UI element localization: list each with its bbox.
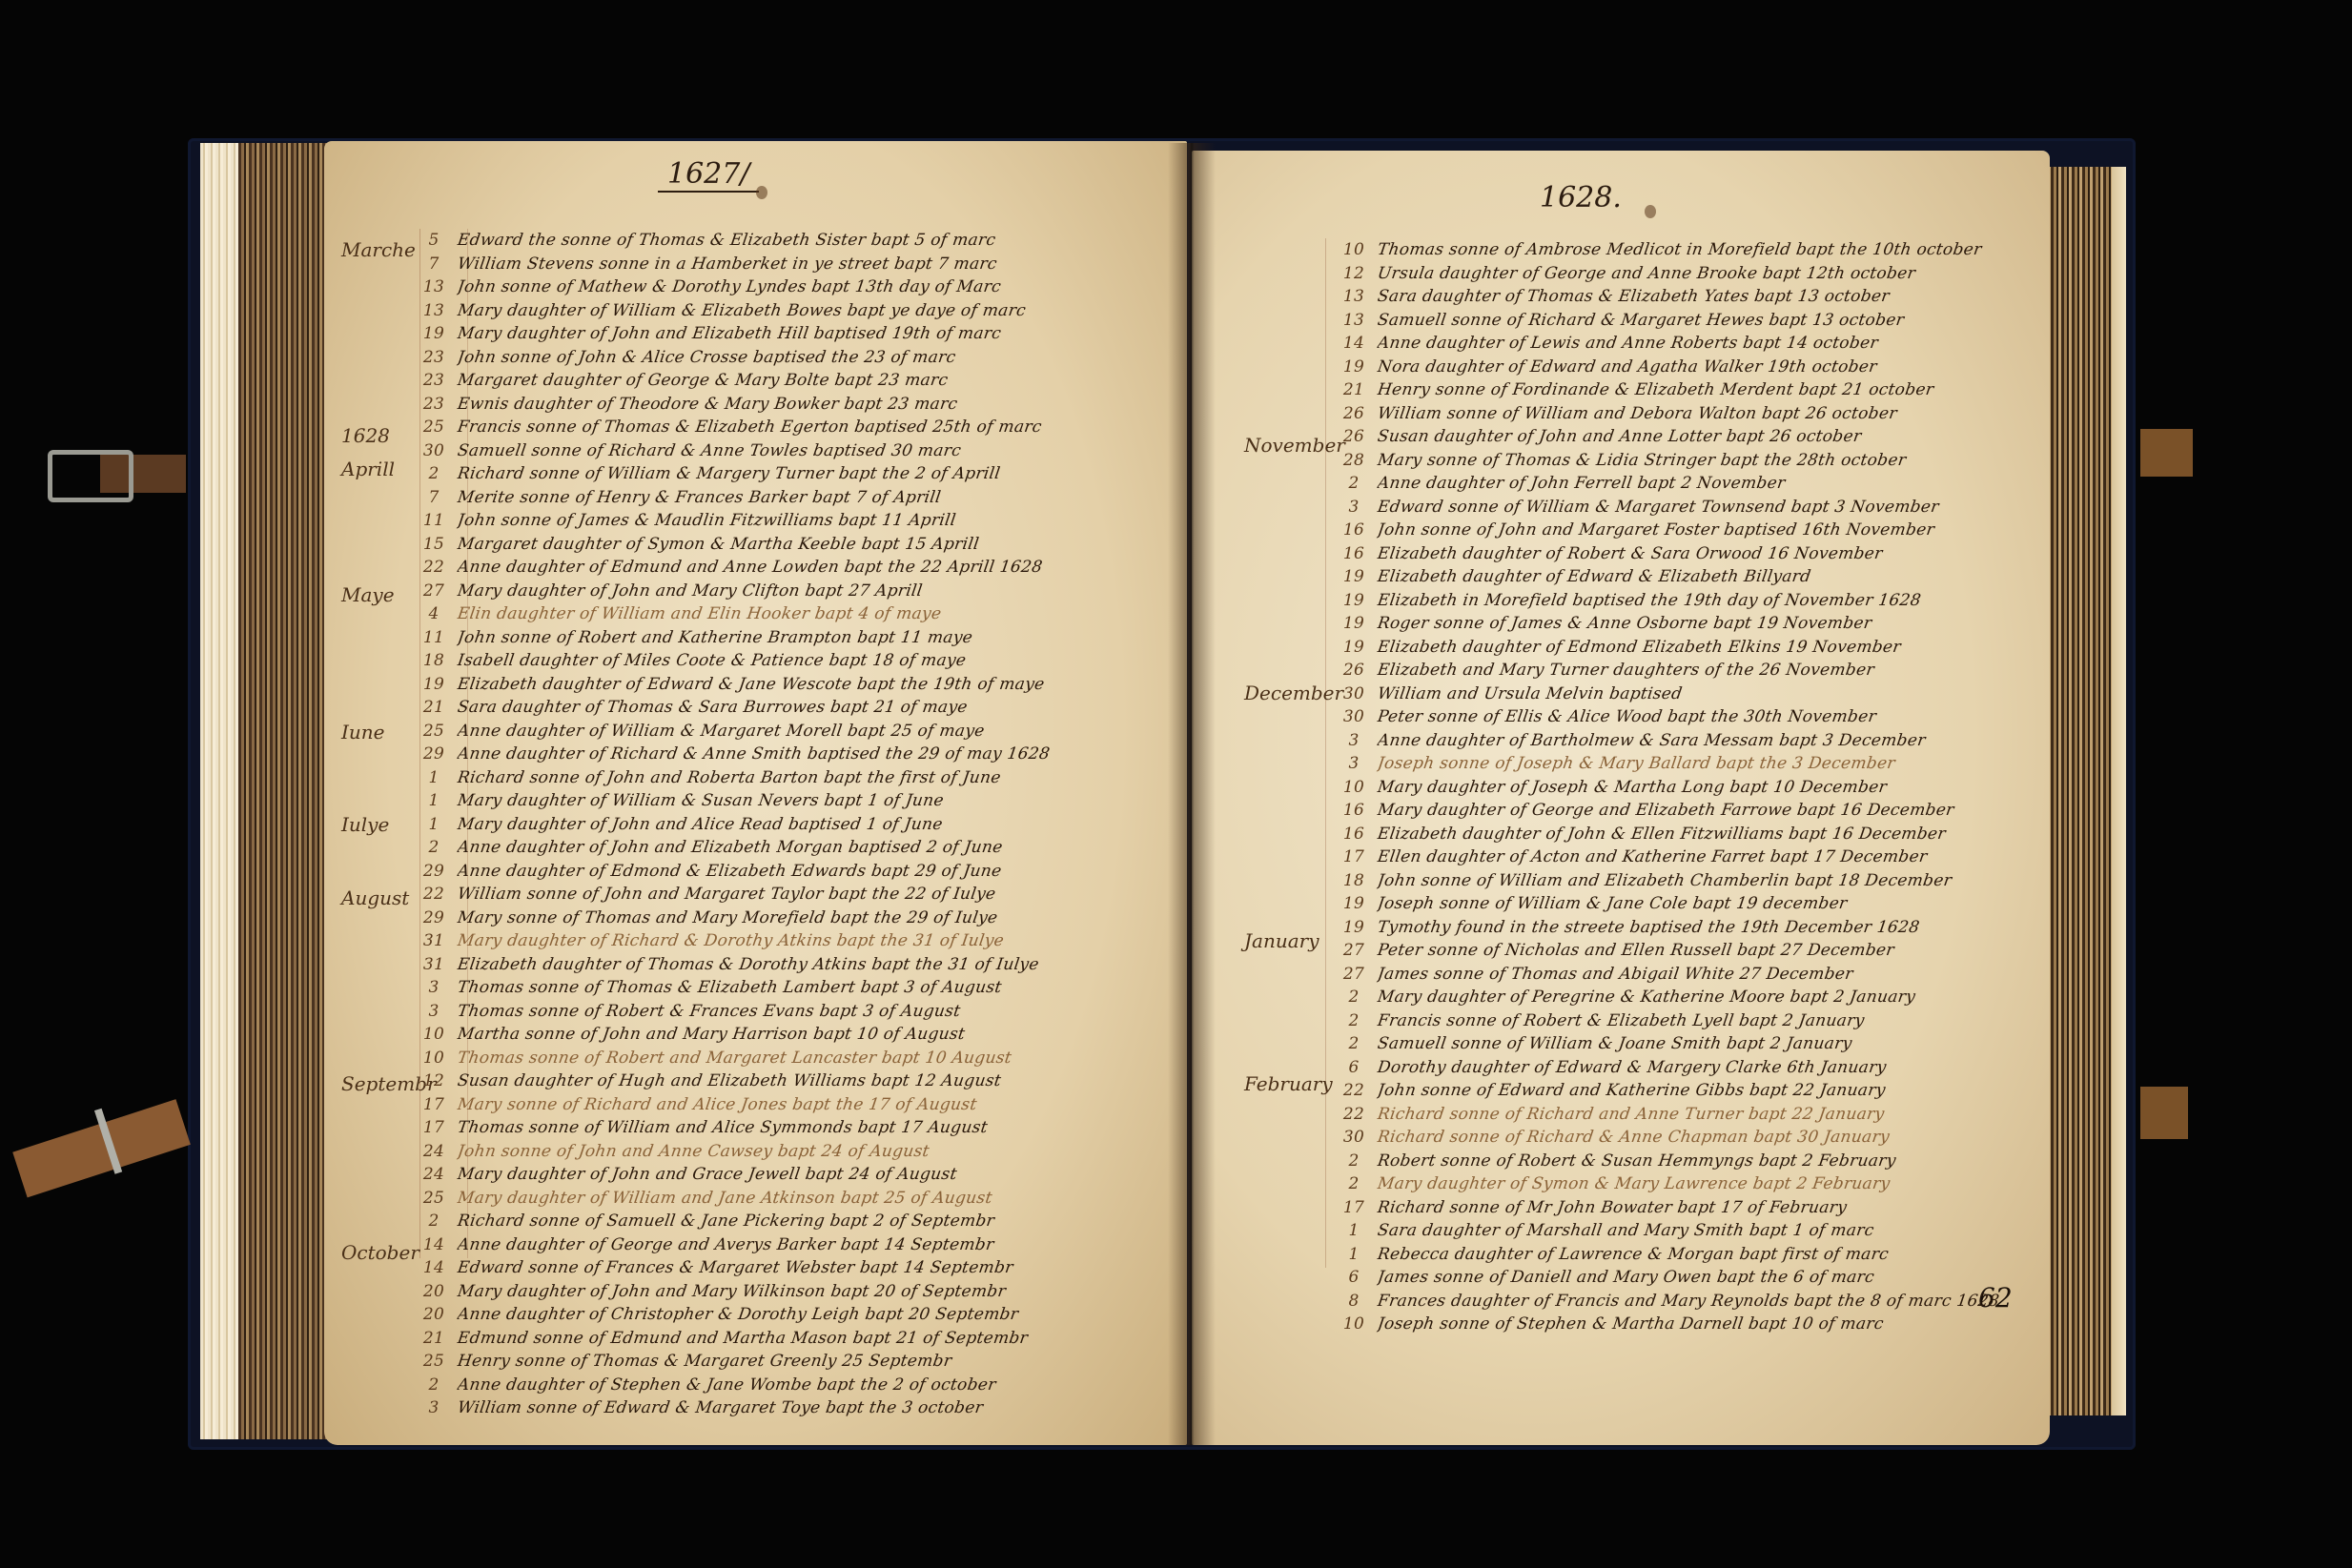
entry-text: Roger sonne of James & Anne Osborne bapt… (1377, 614, 2035, 633)
entry-text: Anne daughter of George and Averys Barke… (457, 1235, 1173, 1254)
entry-text: Joseph sonne of Joseph & Mary Ballard ba… (1377, 754, 2035, 773)
entry-day: 3 (410, 1398, 458, 1417)
entry-text: Mary daughter of John and Mary Wilkinson… (457, 1282, 1173, 1301)
entry-day: 20 (410, 1305, 458, 1324)
entry-day: 10 (1330, 240, 1378, 259)
entry-day: 14 (410, 1235, 458, 1254)
entry-text: James sonne of Thomas and Abigail White … (1377, 965, 2035, 984)
entry-day: 17 (410, 1118, 458, 1137)
entry-text: Anne daughter of Edmond & Elizabeth Edwa… (457, 862, 1173, 881)
entry-text: Mary daughter of Joseph & Martha Long ba… (1377, 778, 2035, 797)
register-entry: 13Sara daughter of Thomas & Elizabeth Ya… (1330, 285, 2035, 309)
register-entry: 11John sonne of Robert and Katherine Bra… (410, 626, 1173, 650)
entry-text: Mary daughter of John and Grace Jewell b… (457, 1165, 1173, 1184)
entry-text: Mary daughter of John and Alice Read bap… (457, 815, 1173, 834)
entry-day: 12 (410, 1071, 458, 1090)
register-entry: 16Mary daughter of George and Elizabeth … (1330, 799, 2035, 823)
margin-rule (1325, 238, 1326, 1268)
entry-text: Mary daughter of Richard & Dorothy Atkin… (457, 931, 1173, 950)
entry-text: William sonne of William and Debora Walt… (1377, 404, 2035, 423)
entry-text: Merite sonne of Henry & Frances Barker b… (457, 488, 1173, 507)
entry-day: 16 (1330, 520, 1378, 540)
entry-text: John sonne of Robert and Katherine Bramp… (457, 628, 1173, 647)
entry-day: 26 (1330, 427, 1378, 446)
entry-day: 19 (410, 324, 458, 343)
entry-text: Mary daughter of John and Elizabeth Hill… (457, 324, 1173, 343)
register-entry: 2Mary daughter of Peregrine & Katherine … (1330, 986, 2035, 1009)
entry-day: 28 (1330, 451, 1378, 470)
entry-text: Anne daughter of Christopher & Dorothy L… (457, 1305, 1173, 1324)
entry-day: 25 (410, 1189, 458, 1208)
entry-text: Anne daughter of Richard & Anne Smith ba… (457, 744, 1173, 764)
entry-day: 3 (1330, 754, 1378, 773)
entry-text: James sonne of Daniell and Mary Owen bap… (1377, 1268, 2035, 1287)
entry-day: 6 (1330, 1058, 1378, 1077)
register-entry: 16Elizabeth daughter of Robert & Sara Or… (1330, 542, 2035, 566)
entry-text: John sonne of John and Margaret Foster b… (1377, 520, 2035, 540)
register-entry: 17Mary sonne of Richard and Alice Jones … (410, 1093, 1173, 1117)
entry-text: Edward the sonne of Thomas & Elizabeth S… (457, 231, 1173, 250)
margin-month-label: Marche (341, 238, 416, 261)
register-entry: 16Elizabeth daughter of John & Ellen Fit… (1330, 823, 2035, 846)
margin-month-label: December (1244, 682, 1343, 704)
left-page-edges (238, 143, 334, 1439)
register-entry: 20Anne daughter of Christopher & Dorothy… (410, 1303, 1173, 1327)
entry-text: Isabell daughter of Miles Coote & Patien… (457, 651, 1173, 670)
entry-day: 22 (1330, 1081, 1378, 1100)
entry-day: 2 (410, 838, 458, 857)
entry-day: 1 (410, 791, 458, 810)
entry-day: 14 (410, 1258, 458, 1277)
entry-text: Thomas sonne of William and Alice Symmon… (457, 1118, 1173, 1137)
register-entry: 19Nora daughter of Edward and Agatha Wal… (1330, 356, 2035, 379)
register-entry: 30Samuell sonne of Richard & Anne Towles… (410, 439, 1173, 463)
ink-stain (756, 186, 767, 199)
entry-text: Richard sonne of Mr John Bowater bapt 17… (1377, 1198, 2035, 1217)
entry-day: 30 (1330, 1128, 1378, 1147)
entry-day: 2 (410, 1375, 458, 1395)
register-entry: 19Joseph sonne of William & Jane Cole ba… (1330, 892, 2035, 916)
entry-day: 21 (410, 1329, 458, 1348)
register-entry: 2Richard sonne of Samuell & Jane Pickeri… (410, 1210, 1173, 1233)
entry-text: Mary daughter of William & Elizabeth Bow… (457, 301, 1173, 320)
register-entry: 22William sonne of John and Margaret Tay… (410, 883, 1173, 906)
entry-text: Richard sonne of Richard and Anne Turner… (1377, 1105, 2035, 1124)
register-entry: 1Rebecca daughter of Lawrence & Morgan b… (1330, 1243, 2035, 1267)
entry-text: John sonne of Mathew & Dorothy Lyndes ba… (457, 277, 1173, 296)
entry-day: 10 (410, 1025, 458, 1044)
entry-day: 7 (410, 255, 458, 274)
entry-day: 19 (1330, 918, 1378, 937)
entry-day: 13 (410, 277, 458, 296)
entry-text: Rebecca daughter of Lawrence & Morgan ba… (1377, 1245, 2035, 1264)
entry-day: 3 (1330, 498, 1378, 517)
entry-text: Anne daughter of Stephen & Jane Wombe ba… (457, 1375, 1173, 1395)
entry-day: 1 (410, 768, 458, 787)
entry-text: John sonne of William and Elizabeth Cham… (1377, 871, 2035, 890)
register-entry: 23Margaret daughter of George & Mary Bol… (410, 369, 1173, 393)
entry-day: 10 (1330, 1314, 1378, 1334)
register-entry: 11John sonne of James & Maudlin Fitzwill… (410, 509, 1173, 533)
entry-text: Mary daughter of George and Elizabeth Fa… (1377, 801, 2035, 820)
book-gutter (1168, 143, 1216, 1445)
entry-text: Edward sonne of William & Margaret Towns… (1377, 498, 2035, 517)
entry-text: Ursula daughter of George and Anne Brook… (1377, 264, 2035, 283)
register-entry: 21Edmund sonne of Edmund and Martha Maso… (410, 1327, 1173, 1351)
register-entry: 1Mary daughter of John and Alice Read ba… (410, 813, 1173, 837)
entry-day: 27 (1330, 941, 1378, 960)
entry-text: Elizabeth daughter of Thomas & Dorothy A… (457, 955, 1173, 974)
register-entry: 30Peter sonne of Ellis & Alice Wood bapt… (1330, 705, 2035, 729)
entry-day: 29 (410, 908, 458, 927)
register-entry: 3Edward sonne of William & Margaret Town… (1330, 496, 2035, 519)
register-entry: 28Mary sonne of Thomas & Lidia Stringer … (1330, 449, 2035, 473)
entry-day: 6 (1330, 1268, 1378, 1287)
entry-text: Francis sonne of Thomas & Elizabeth Eger… (457, 417, 1173, 437)
entry-text: Edward sonne of Frances & Margaret Webst… (457, 1258, 1173, 1277)
entry-text: Anne daughter of Edmund and Anne Lowden … (457, 558, 1173, 577)
entry-text: Sara daughter of Marshall and Mary Smith… (1377, 1221, 2035, 1240)
entry-day: 19 (1330, 638, 1378, 657)
entry-day: 18 (410, 651, 458, 670)
entry-day: 2 (410, 464, 458, 483)
register-entry: 13Mary daughter of William & Elizabeth B… (410, 299, 1173, 323)
entry-text: Edmund sonne of Edmund and Martha Mason … (457, 1329, 1173, 1348)
entry-day: 3 (410, 1002, 458, 1021)
entry-day: 30 (1330, 707, 1378, 726)
register-entry: 26William sonne of William and Debora Wa… (1330, 402, 2035, 426)
entry-text: Sara daughter of Thomas & Sara Burrowes … (457, 698, 1173, 717)
entry-text: Anne daughter of John Ferrell bapt 2 Nov… (1377, 474, 2035, 493)
entry-day: 10 (410, 1049, 458, 1068)
buckle-clasp-icon (43, 445, 186, 502)
entry-day: 2 (1330, 1174, 1378, 1193)
entry-day: 8 (1330, 1292, 1378, 1311)
entry-text: Anne daughter of John and Elizabeth Morg… (457, 838, 1173, 857)
entry-day: 2 (1330, 988, 1378, 1007)
register-entry: 1Sara daughter of Marshall and Mary Smit… (1330, 1219, 2035, 1243)
register-entry: 3William sonne of Edward & Margaret Toye… (410, 1396, 1173, 1420)
register-entry: 31Mary daughter of Richard & Dorothy Atk… (410, 929, 1173, 953)
metal-buckle (48, 450, 133, 502)
entry-text: Elizabeth and Mary Turner daughters of t… (1377, 661, 2035, 680)
entry-day: 21 (1330, 380, 1378, 399)
left-page-block (200, 143, 238, 1439)
register-entry: 19Tymothy found in the streete baptised … (1330, 916, 2035, 940)
entry-day: 31 (410, 955, 458, 974)
register-entry: 4Elin daughter of William and Elin Hooke… (410, 602, 1173, 626)
register-entry: 17Thomas sonne of William and Alice Symm… (410, 1116, 1173, 1140)
entry-day: 3 (410, 978, 458, 997)
register-entry: 3Thomas sonne of Robert & Frances Evans … (410, 1000, 1173, 1024)
entry-text: Elizabeth daughter of Edward & Elizabeth… (1377, 567, 2035, 586)
entry-day: 22 (1330, 1105, 1378, 1124)
register-entry: 14Anne daughter of Lewis and Anne Robert… (1330, 332, 2035, 356)
entry-text: Samuell sonne of William & Joane Smith b… (1377, 1034, 2035, 1053)
register-entry: 23Ewnis daughter of Theodore & Mary Bowk… (410, 393, 1173, 417)
register-entry: 2Francis sonne of Robert & Elizabeth Lye… (1330, 1009, 2035, 1033)
entry-text: Mary daughter of Peregrine & Katherine M… (1377, 988, 2035, 1007)
margin-month-label: Aprill (341, 458, 395, 480)
register-entry: 3Joseph sonne of Joseph & Mary Ballard b… (1330, 752, 2035, 776)
entry-text: William Stevens sonne in a Hamberket in … (457, 255, 1173, 274)
entry-text: Thomas sonne of Ambrose Medlicot in More… (1377, 240, 2035, 259)
entry-day: 19 (1330, 567, 1378, 586)
entry-text: Peter sonne of Nicholas and Ellen Russel… (1377, 941, 2035, 960)
entry-day: 2 (1330, 1151, 1378, 1171)
entry-day: 26 (1330, 661, 1378, 680)
entry-day: 19 (1330, 591, 1378, 610)
entry-day: 16 (1330, 544, 1378, 563)
register-entry: 2Anne daughter of John and Elizabeth Mor… (410, 836, 1173, 860)
register-entry: 2Robert sonne of Robert & Susan Hemmyngs… (1330, 1150, 2035, 1173)
entry-day: 17 (410, 1095, 458, 1114)
right-page-block (2112, 167, 2126, 1415)
entry-text: Thomas sonne of Robert & Frances Evans b… (457, 1002, 1173, 1021)
entry-text: Elin daughter of William and Elin Hooker… (457, 604, 1173, 623)
register-entry: 2Anne daughter of Stephen & Jane Wombe b… (410, 1374, 1173, 1397)
register-entry: 29Anne daughter of Richard & Anne Smith … (410, 743, 1173, 766)
entry-day: 25 (410, 1352, 458, 1371)
register-entry: 26Susan daughter of John and Anne Lotter… (1330, 425, 2035, 449)
entry-text: Robert sonne of Robert & Susan Hemmyngs … (1377, 1151, 2035, 1171)
register-entry: 19Elizabeth daughter of Edward & Jane We… (410, 673, 1173, 697)
entry-day: 19 (1330, 614, 1378, 633)
entry-text: Mary daughter of John and Mary Clifton b… (457, 581, 1173, 601)
entry-day: 22 (410, 558, 458, 577)
register-entry: 17Ellen daughter of Acton and Katherine … (1330, 845, 2035, 869)
register-entry: 25Francis sonne of Thomas & Elizabeth Eg… (410, 416, 1173, 439)
register-entry: 7William Stevens sonne in a Hamberket in… (410, 253, 1173, 276)
register-entry: 2Mary daughter of Symon & Mary Lawrence … (1330, 1172, 2035, 1196)
entry-day: 5 (410, 231, 458, 250)
register-entry: 15Margaret daughter of Symon & Martha Ke… (410, 533, 1173, 557)
entry-text: Francis sonne of Robert & Elizabeth Lyel… (1377, 1011, 2035, 1030)
register-entry: 14Anne daughter of George and Averys Bar… (410, 1233, 1173, 1257)
entry-text: Elizabeth in Morefield baptised the 19th… (1377, 591, 2035, 610)
register-entry: 19Elizabeth daughter of Edmond Elizabeth… (1330, 636, 2035, 660)
entry-text: Richard sonne of Richard & Anne Chapman … (1377, 1128, 2035, 1147)
entry-text: John sonne of James & Maudlin Fitzwillia… (457, 511, 1173, 530)
entry-day: 30 (1330, 684, 1378, 703)
register-entry: 30William and Ursula Melvin baptised (1330, 682, 2035, 706)
register-entry: 29Anne daughter of Edmond & Elizabeth Ed… (410, 860, 1173, 884)
entry-text: Anne daughter of Lewis and Anne Roberts … (1377, 334, 2035, 353)
entry-day: 1 (1330, 1221, 1378, 1240)
register-entry: 8Frances daughter of Francis and Mary Re… (1330, 1290, 2035, 1313)
entry-day: 21 (410, 698, 458, 717)
entry-text: Tymothy found in the streete baptised th… (1377, 918, 2035, 937)
register-entry: 27James sonne of Thomas and Abigail Whit… (1330, 963, 2035, 987)
entry-text: Richard sonne of Samuell & Jane Pickerin… (457, 1212, 1173, 1231)
register-entry: 22Richard sonne of Richard and Anne Turn… (1330, 1103, 2035, 1127)
leather-tab-icon (2140, 429, 2193, 477)
entry-day: 25 (410, 722, 458, 741)
margin-month-label: 1628 (341, 424, 390, 447)
register-entry: 23John sonne of John & Alice Crosse bapt… (410, 346, 1173, 370)
register-entry: 18Isabell daughter of Miles Coote & Pati… (410, 649, 1173, 673)
entry-day: 2 (1330, 1034, 1378, 1053)
register-entry: 17Richard sonne of Mr John Bowater bapt … (1330, 1196, 2035, 1220)
margin-month-label: February (1244, 1072, 1333, 1095)
entry-day: 16 (1330, 825, 1378, 844)
entry-text: Nora daughter of Edward and Agatha Walke… (1377, 357, 2035, 377)
entry-text: Mary sonne of Richard and Alice Jones ba… (457, 1095, 1173, 1114)
entry-text: Mary sonne of Thomas & Lidia Stringer ba… (1377, 451, 2035, 470)
register-entry: 14Edward sonne of Frances & Margaret Web… (410, 1256, 1173, 1280)
entry-day: 25 (410, 417, 458, 437)
margin-month-label: Iune (341, 721, 385, 743)
register-entry: 25Henry sonne of Thomas & Margaret Green… (410, 1350, 1173, 1374)
entry-day: 16 (1330, 801, 1378, 820)
entry-day: 24 (410, 1165, 458, 1184)
register-entry: 20Mary daughter of John and Mary Wilkins… (410, 1280, 1173, 1304)
entry-text: Frances daughter of Francis and Mary Rey… (1377, 1292, 2035, 1311)
entry-day: 1 (410, 815, 458, 834)
entry-text: Peter sonne of Ellis & Alice Wood bapt t… (1377, 707, 2035, 726)
register-entry: 6James sonne of Daniell and Mary Owen ba… (1330, 1266, 2035, 1290)
register-entry: 22John sonne of Edward and Katherine Gib… (1330, 1079, 2035, 1103)
entry-text: Henry sonne of Thomas & Margaret Greenly… (457, 1352, 1173, 1371)
register-entry: 10Thomas sonne of Robert and Margaret La… (410, 1047, 1173, 1070)
right-page-entries: 10Thomas sonne of Ambrose Medlicot in Mo… (1330, 238, 2035, 1336)
entry-day: 19 (410, 675, 458, 694)
entry-text: Anne daughter of Bartholmew & Sara Messa… (1377, 731, 2035, 750)
register-entry: 19Elizabeth daughter of Edward & Elizabe… (1330, 565, 2035, 589)
register-entry: 31Elizabeth daughter of Thomas & Dorothy… (410, 953, 1173, 977)
entry-text: Susan daughter of John and Anne Lotter b… (1377, 427, 2035, 446)
entry-day: 19 (1330, 357, 1378, 377)
entry-day: 23 (410, 371, 458, 390)
register-entry: 21Henry sonne of Fordinande & Elizabeth … (1330, 378, 2035, 402)
entry-text: Mary sonne of Thomas and Mary Morefield … (457, 908, 1173, 927)
register-entry: 24Mary daughter of John and Grace Jewell… (410, 1163, 1173, 1187)
entry-day: 27 (1330, 965, 1378, 984)
entry-day: 24 (410, 1142, 458, 1161)
entry-day: 27 (410, 581, 458, 601)
register-entry: 16John sonne of John and Margaret Foster… (1330, 519, 2035, 542)
entry-day: 23 (410, 395, 458, 414)
entry-day: 2 (410, 1212, 458, 1231)
entry-text: Richard sonne of William & Margery Turne… (457, 464, 1173, 483)
entry-text: Elizabeth daughter of Edward & Jane Wesc… (457, 675, 1173, 694)
entry-day: 18 (1330, 871, 1378, 890)
entry-text: Ewnis daughter of Theodore & Mary Bowker… (457, 395, 1173, 414)
left-page-entries: 5Edward the sonne of Thomas & Elizabeth … (410, 229, 1173, 1420)
register-entry: 3Thomas sonne of Thomas & Elizabeth Lamb… (410, 976, 1173, 1000)
register-entry: 10Thomas sonne of Ambrose Medlicot in Mo… (1330, 238, 2035, 262)
register-entry: 27Peter sonne of Nicholas and Ellen Russ… (1330, 939, 2035, 963)
ink-stain (1645, 205, 1656, 218)
entry-day: 11 (410, 628, 458, 647)
entry-text: John sonne of John & Alice Crosse baptis… (457, 348, 1173, 367)
register-entry: 1Richard sonne of John and Roberta Barto… (410, 766, 1173, 790)
entry-day: 31 (410, 931, 458, 950)
register-entry: 2Samuell sonne of William & Joane Smith … (1330, 1032, 2035, 1056)
entry-text: Margaret daughter of George & Mary Bolte… (457, 371, 1173, 390)
register-entry: 6Dorothy daughter of Edward & Margery Cl… (1330, 1056, 2035, 1080)
register-entry: 21Sara daughter of Thomas & Sara Burrowe… (410, 696, 1173, 720)
entry-day: 20 (410, 1282, 458, 1301)
left-page-year-heading: 1627/ (658, 157, 759, 193)
margin-month-label: January (1244, 929, 1319, 952)
entry-text: Samuell sonne of Richard & Anne Towles b… (457, 441, 1173, 460)
register-entry: 22Anne daughter of Edmund and Anne Lowde… (410, 556, 1173, 580)
register-entry: 10Mary daughter of Joseph & Martha Long … (1330, 776, 2035, 800)
entry-text: Henry sonne of Fordinande & Elizabeth Me… (1377, 380, 2035, 399)
entry-day: 1 (1330, 1245, 1378, 1264)
register-entry: 13Samuell sonne of Richard & Margaret He… (1330, 309, 2035, 333)
register-entry: 30Richard sonne of Richard & Anne Chapma… (1330, 1126, 2035, 1150)
register-entry: 2Richard sonne of William & Margery Turn… (410, 462, 1173, 486)
entry-day: 10 (1330, 778, 1378, 797)
entry-day: 14 (1330, 334, 1378, 353)
entry-text: William sonne of John and Margaret Taylo… (457, 885, 1173, 904)
entry-day: 2 (1330, 474, 1378, 493)
entry-text: Richard sonne of John and Roberta Barton… (457, 768, 1173, 787)
register-entry: 25Anne daughter of William & Margaret Mo… (410, 720, 1173, 743)
entry-text: William sonne of Edward & Margaret Toye … (457, 1398, 1173, 1417)
entry-text: Mary daughter of William & Susan Nevers … (457, 791, 1173, 810)
entry-day: 4 (410, 604, 458, 623)
register-entry: 19Mary daughter of John and Elizabeth Hi… (410, 322, 1173, 346)
entry-text: Joseph sonne of Stephen & Martha Darnell… (1377, 1314, 2035, 1334)
entry-text: Elizabeth daughter of Edmond Elizabeth E… (1377, 638, 2035, 657)
register-entry: 29Mary sonne of Thomas and Mary Morefiel… (410, 906, 1173, 930)
right-page-year-heading: 1628. (1540, 181, 1622, 214)
entry-text: Samuell sonne of Richard & Margaret Hewe… (1377, 311, 2035, 330)
register-entry: 18John sonne of William and Elizabeth Ch… (1330, 869, 2035, 893)
entry-day: 23 (410, 348, 458, 367)
entry-text: Sara daughter of Thomas & Elizabeth Yate… (1377, 287, 2035, 306)
register-entry: 3Anne daughter of Bartholmew & Sara Mess… (1330, 729, 2035, 753)
entry-text: Ellen daughter of Acton and Katherine Fa… (1377, 847, 2035, 866)
entry-text: Dorothy daughter of Edward & Margery Cla… (1377, 1058, 2035, 1077)
entry-text: Elizabeth daughter of John & Ellen Fitzw… (1377, 825, 2035, 844)
leather-tab-icon (2140, 1087, 2188, 1139)
entry-day: 12 (1330, 264, 1378, 283)
entry-day: 17 (1330, 1198, 1378, 1217)
entry-text: John sonne of John and Anne Cawsey bapt … (457, 1142, 1173, 1161)
entry-text: Joseph sonne of William & Jane Cole bapt… (1377, 894, 2035, 913)
entry-day: 19 (1330, 894, 1378, 913)
entry-day: 30 (410, 441, 458, 460)
margin-month-label: Maye (341, 583, 395, 606)
entry-day: 17 (1330, 847, 1378, 866)
entry-day: 3 (1330, 731, 1378, 750)
register-entry: 10Martha sonne of John and Mary Harrison… (410, 1023, 1173, 1047)
register-entry: 7Merite sonne of Henry & Frances Barker … (410, 486, 1173, 510)
entry-day: 13 (410, 301, 458, 320)
register-entry: 19Roger sonne of James & Anne Osborne ba… (1330, 612, 2035, 636)
entry-day: 22 (410, 885, 458, 904)
register-entry: 27Mary daughter of John and Mary Clifton… (410, 580, 1173, 603)
entry-day: 2 (1330, 1011, 1378, 1030)
entry-text: Susan daughter of Hugh and Elizabeth Wil… (457, 1071, 1173, 1090)
entry-text: Margaret daughter of Symon & Martha Keeb… (457, 535, 1173, 554)
entry-day: 11 (410, 511, 458, 530)
entry-text: William and Ursula Melvin baptised (1377, 684, 2035, 703)
margin-month-label: August (341, 886, 409, 909)
entry-day: 29 (410, 862, 458, 881)
entry-day: 26 (1330, 404, 1378, 423)
register-entry: 13John sonne of Mathew & Dorothy Lyndes … (410, 275, 1173, 299)
entry-text: John sonne of Edward and Katherine Gibbs… (1377, 1081, 2035, 1100)
register-entry: 25Mary daughter of William and Jane Atki… (410, 1187, 1173, 1211)
entry-text: Anne daughter of William & Margaret More… (457, 722, 1173, 741)
entry-day: 13 (1330, 311, 1378, 330)
register-entry: 19Elizabeth in Morefield baptised the 19… (1330, 589, 2035, 613)
